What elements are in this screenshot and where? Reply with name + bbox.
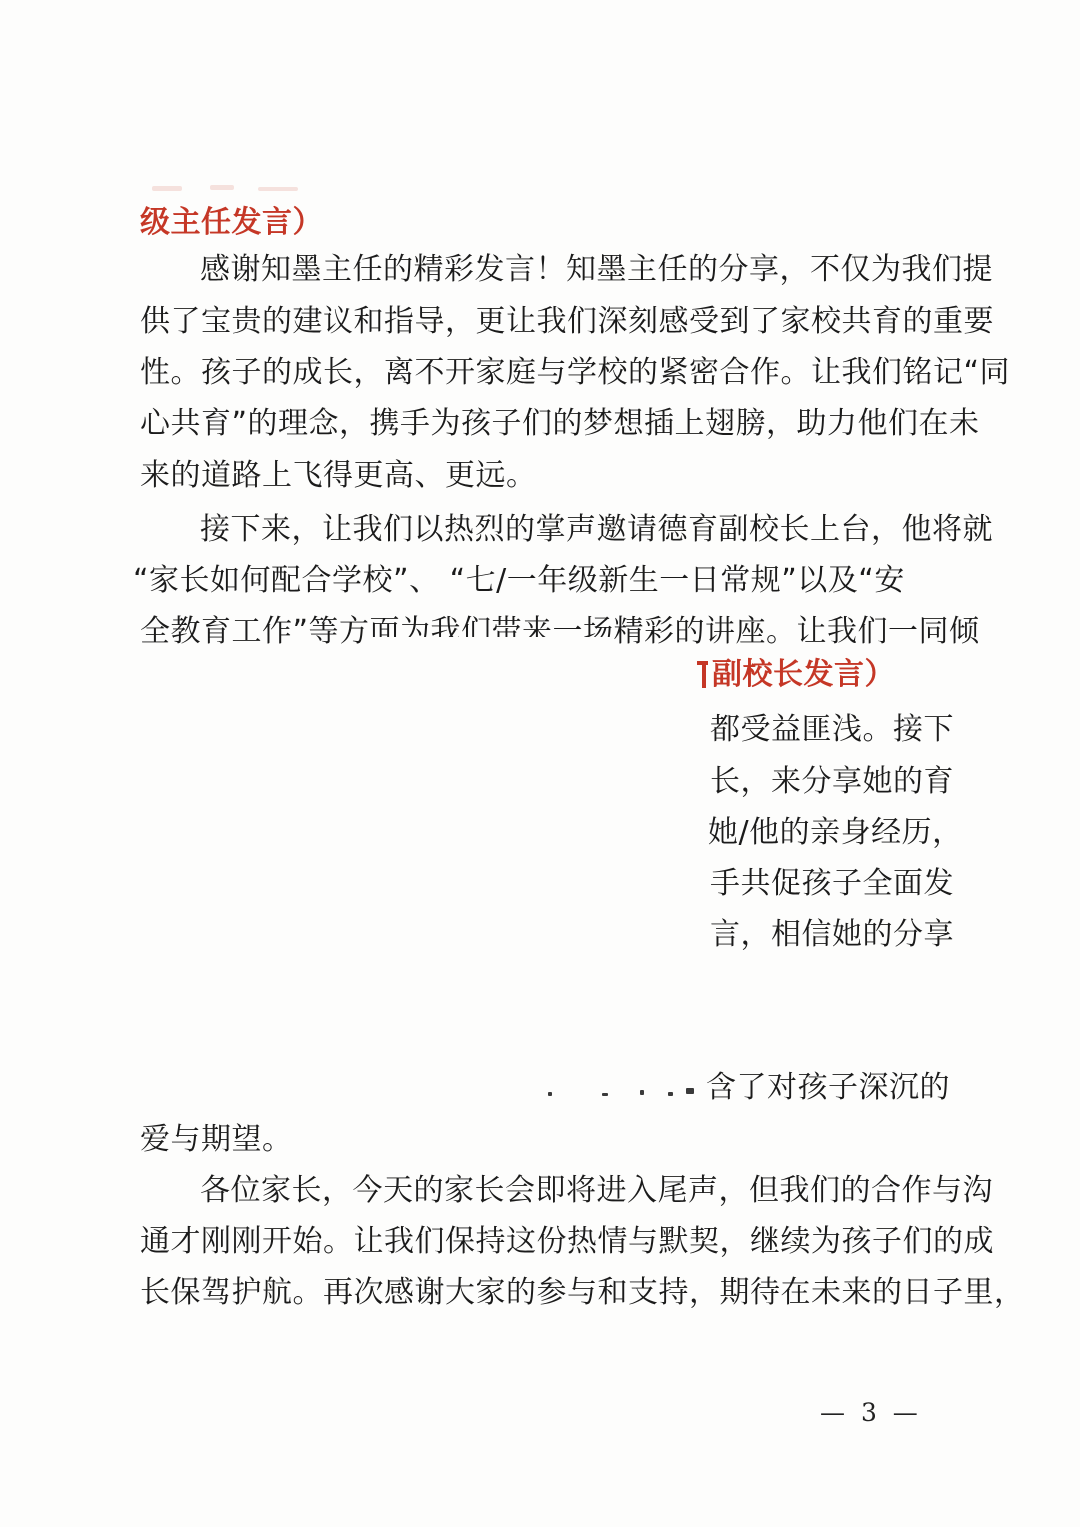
covered-paragraph-fragment: 她/他的亲身经历， <box>708 813 963 853</box>
text-remnant-dot <box>640 1090 644 1095</box>
text-remnant-dot <box>686 1088 694 1094</box>
covered-paragraph-fragment: 言，相信她的分享 <box>710 915 954 955</box>
page-number: — 3 — <box>820 1398 922 1427</box>
covered-paragraph-fragment: 含了对孩子深沉的 <box>706 1068 950 1108</box>
red-text-remnant <box>152 186 182 191</box>
section-heading-grade-director: 级主任发言） <box>140 203 323 243</box>
paragraph-line: 爱与期望。 <box>140 1120 293 1160</box>
paragraph-line: 来的道路上飞得更高、更远。 <box>140 456 537 496</box>
paragraph-line: 心共育”的理念，携手为孩子们的梦想插上翅膀，助力他们在未 <box>140 404 980 444</box>
paragraph-line: 各位家长，今天的家长会即将进入尾声，但我们的合作与沟 <box>200 1171 993 1211</box>
text-remnant-dot <box>548 1092 552 1096</box>
text-remnant-dot <box>668 1092 673 1096</box>
paragraph-line: 感谢知墨主任的精彩发言！知墨主任的分享，不仅为我们提 <box>200 250 993 290</box>
paragraph-line: 性。孩子的成长，离不开家庭与学校的紧密合作。让我们铭记“同 <box>140 353 1010 393</box>
section-heading-vice-principal: 副校长发言） <box>712 655 895 695</box>
paragraph-line: “家长如何配合学校”、 “七/一年级新生一日常规”以及“安 <box>133 561 905 601</box>
red-text-remnant <box>210 185 234 190</box>
covered-paragraph-fragment: 都受益匪浅。接下 <box>710 710 954 750</box>
paragraph-line: 供了宝贵的建议和指导，更让我们深刻感受到了家校共育的重要 <box>140 302 994 342</box>
paragraph-line: 接下来，让我们以热烈的掌声邀请德育副校长上台，他将就 <box>200 510 993 550</box>
clipped-red-character-fragment <box>697 659 709 689</box>
text-remnant-dot <box>602 1093 608 1096</box>
paragraph-line: 长保驾护航。再次感谢大家的参与和支持，期待在未来的日子里， <box>140 1273 1025 1313</box>
covered-paragraph-fragment: 长，来分享她的育 <box>710 762 954 802</box>
white-redaction-overlay <box>368 637 613 661</box>
red-text-remnant <box>258 187 298 191</box>
scanned-document-page: 级主任发言） 感谢知墨主任的精彩发言！知墨主任的分享，不仅为我们提 供了宝贵的建… <box>0 0 1080 1527</box>
paragraph-line: 通才刚刚开始。让我们保持这份热情与默契，继续为孩子们的成 <box>140 1222 994 1262</box>
covered-paragraph-fragment: 手共促孩子全面发 <box>710 864 954 904</box>
